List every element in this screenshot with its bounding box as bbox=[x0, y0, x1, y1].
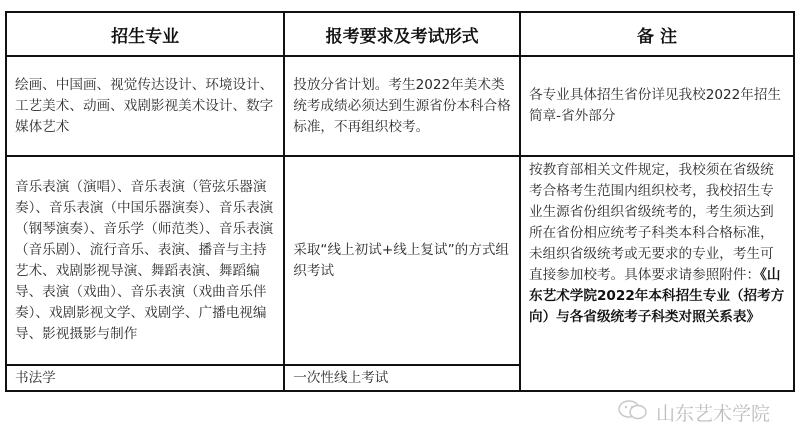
header-majors: 招生专业 bbox=[6, 12, 284, 56]
requirements-cell: 一次性线上考试 bbox=[284, 365, 520, 391]
admissions-table: 招生专业 报考要求及考试形式 备 注 绘画、中国画、视觉传达设计、环境设计、工艺… bbox=[5, 11, 795, 392]
majors-cell: 音乐表演（演唱）、音乐表演（管弦乐器演奏）、音乐表演（中国乐器演奏）、音乐表演（… bbox=[6, 156, 284, 365]
notes-text: 按教育部相关文件规定，我校须在省级统考合格考生范围内组织校考，我校招生专业生源省… bbox=[529, 162, 774, 283]
watermark-text: 山东艺术学院 bbox=[656, 399, 770, 426]
table-row: 绘画、中国画、视觉传达设计、环境设计、工艺美术、动画、戏剧影视美术设计、数字媒体… bbox=[6, 56, 794, 156]
watermark: 山东艺术学院 bbox=[616, 398, 770, 427]
majors-cell: 书法学 bbox=[6, 365, 284, 391]
requirements-cell: 投放分省计划。考生2022年美术类统考成绩必须达到生源省份本科合格标准，不再组织… bbox=[284, 56, 520, 156]
header-requirements: 报考要求及考试形式 bbox=[284, 12, 520, 56]
header-notes: 备 注 bbox=[520, 12, 794, 56]
majors-cell: 绘画、中国画、视觉传达设计、环境设计、工艺美术、动画、戏剧影视美术设计、数字媒体… bbox=[6, 56, 284, 156]
requirements-cell: 采取“线上初试+线上复试”的方式组织考试 bbox=[284, 156, 520, 365]
wechat-icon bbox=[616, 398, 650, 427]
notes-cell: 各专业具体招生省份详见我校2022年招生简章-省外部分 bbox=[520, 56, 794, 156]
header-row: 招生专业 报考要求及考试形式 备 注 bbox=[6, 12, 794, 56]
table-row: 音乐表演（演唱）、音乐表演（管弦乐器演奏）、音乐表演（中国乐器演奏）、音乐表演（… bbox=[6, 156, 794, 365]
notes-cell: 按教育部相关文件规定，我校须在省级统考合格考生范围内组织校考，我校招生专业生源省… bbox=[520, 156, 794, 391]
